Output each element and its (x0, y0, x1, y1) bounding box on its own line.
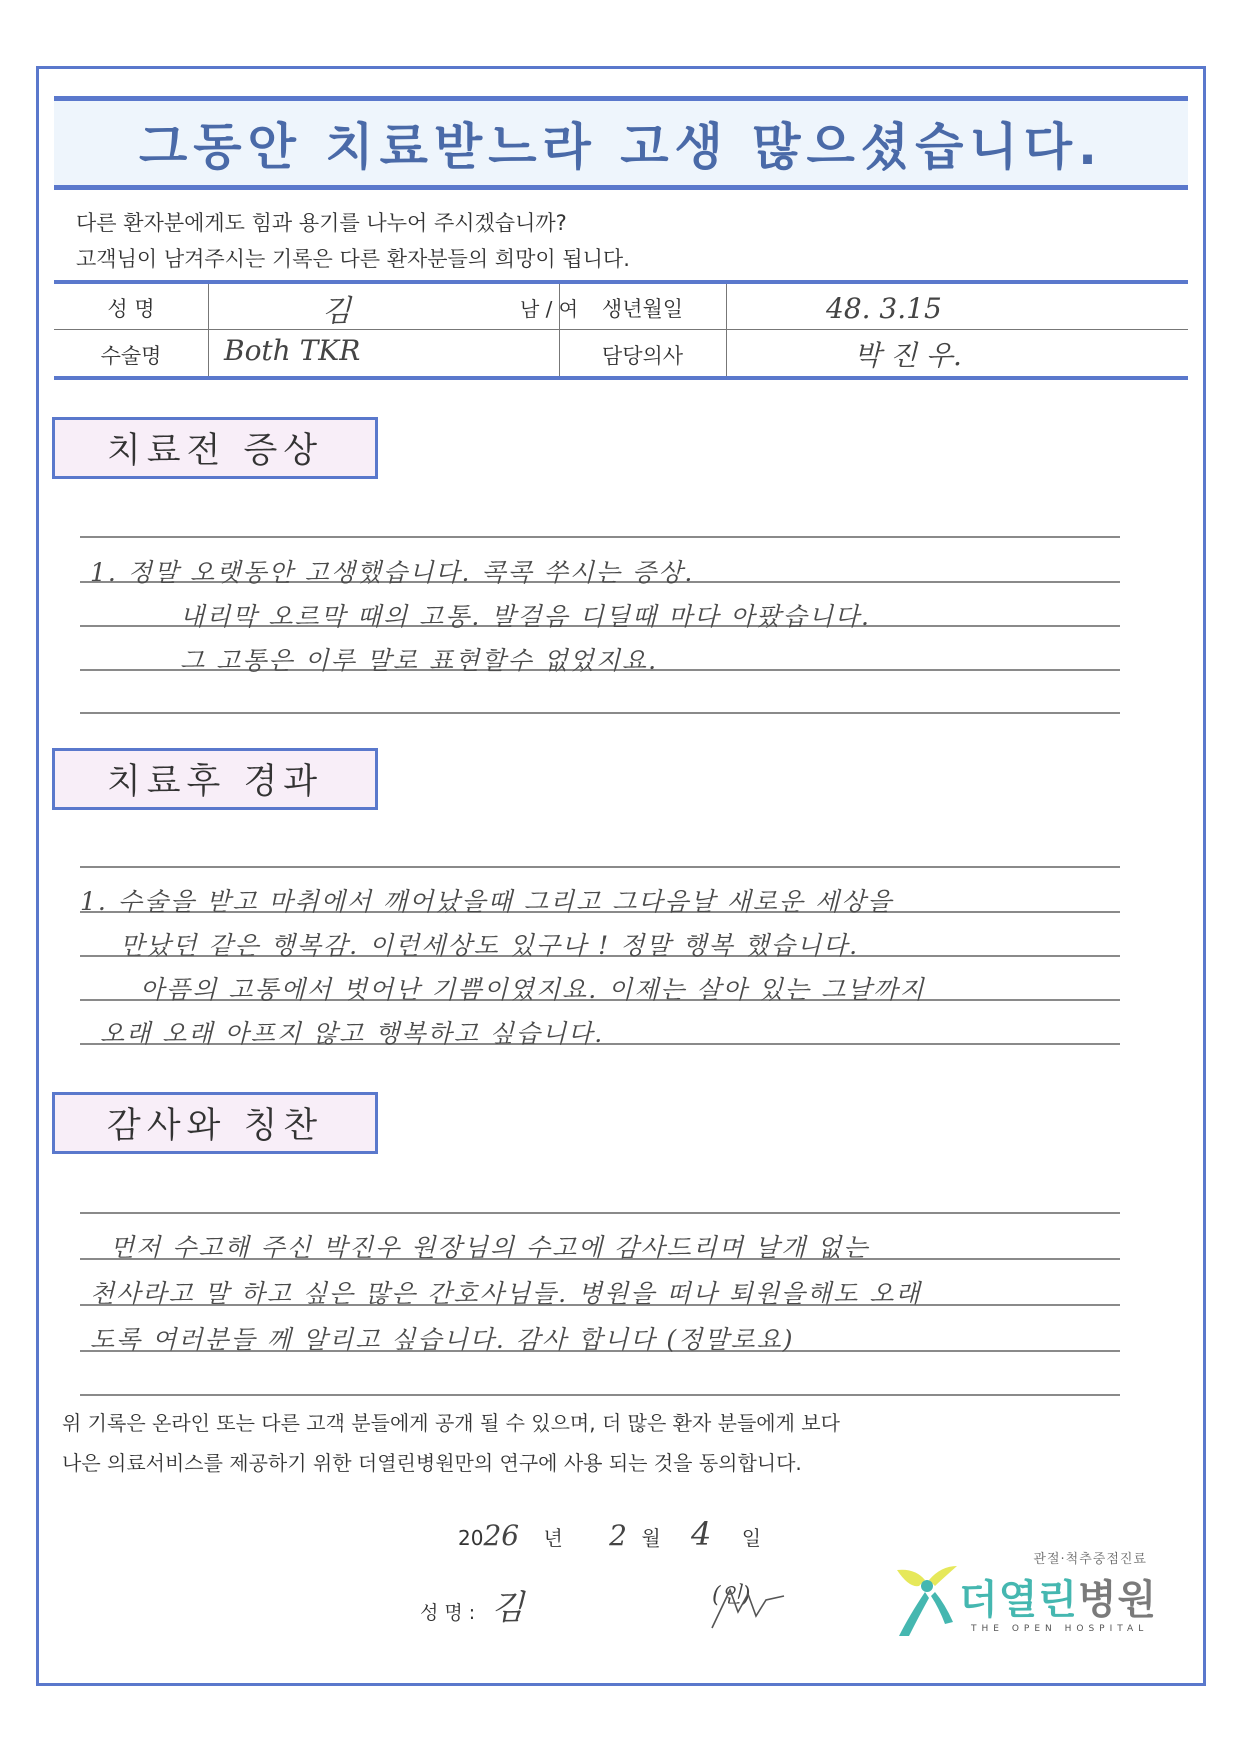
signature-name: 김 (491, 1588, 524, 1628)
signature-scribble-icon (708, 1582, 788, 1632)
logo-subtitle: 관절·척추중점진료 (1033, 1548, 1147, 1567)
handwritten-line: 먼저 수고해 주신 박진우 원장님의 수고에 감사드리며 날개 없는 (110, 1228, 869, 1264)
title-banner: 그동안 치료받느라 고생 많으셨습니다. (54, 96, 1188, 190)
table-col-divider (208, 284, 209, 376)
table-col-divider (726, 284, 727, 376)
section-title: 감사와 칭찬 (107, 1098, 323, 1148)
logo-name-gray: 병원 (1078, 1577, 1157, 1623)
month-value: 2 (609, 1519, 627, 1552)
consent-line-1: 위 기록은 온라인 또는 다른 고객 분들에게 공개 될 수 있으며, 더 많은… (62, 1407, 840, 1436)
month-unit: 월 (641, 1526, 660, 1550)
handwritten-line: 아픔의 고통에서 벗어난 기쁨이였지요. 이제는 살아 있는 그날까지 (140, 970, 926, 1006)
doctor-value: 박 진 우. (854, 334, 962, 374)
surgery-value: Both TKR (224, 334, 360, 367)
section-header-after-treatment: 치료후 경과 (52, 748, 378, 810)
handwritten-line: 도록 여러분들 께 알리고 싶습니다. 감사 합니다 (정말로요) (90, 1320, 795, 1356)
table-divider (54, 329, 1188, 330)
section-title: 치료후 경과 (107, 754, 323, 804)
birth-value: 48. 3.15 (826, 292, 942, 325)
logo-name: 더열린병원 (959, 1568, 1157, 1625)
patient-info-table: 성 명 김 남 / 여 생년월일 48. 3.15 수술명 Both TKR 담… (54, 280, 1188, 380)
ruled-line (80, 866, 1120, 868)
handwritten-line: 천사라고 말 하고 싶은 많은 간호사님들. 병원을 떠나 퇴원을해도 오래 (90, 1274, 922, 1310)
section-header-thanks: 감사와 칭찬 (52, 1092, 378, 1154)
handwritten-line: 1. 정말 오랫동안 고생했습니다. 콕콕 쑤시는 증상. (90, 553, 694, 589)
doctor-label: 담당의사 (559, 340, 726, 370)
surgery-label: 수술명 (54, 340, 208, 370)
date-row: 2026 년 2 월 4 일 (458, 1515, 761, 1553)
ruled-line (80, 536, 1120, 538)
consent-line-2: 나은 의료서비스를 제공하기 위한 더열린병원만의 연구에 사용 되는 것을 동… (62, 1447, 802, 1476)
ruled-line (80, 1394, 1120, 1396)
intro-line-2: 고객님이 남겨주시는 기록은 다른 환자분들의 희망이 됩니다. (76, 243, 630, 273)
handwritten-line: 내리막 오르막 때의 고통. 발걸음 디딜때 마다 아팠습니다. (180, 597, 871, 633)
page-title: 그동안 치료받느라 고생 많으셨습니다. (139, 107, 1103, 179)
signature-label: 성 명 : (420, 1602, 475, 1624)
year-suffix: 26 (483, 1519, 519, 1552)
ruled-line (80, 712, 1120, 714)
ruled-line (80, 1212, 1120, 1214)
year-prefix: 20 (458, 1526, 483, 1550)
handwritten-line: 오래 오래 아프지 않고 행복하고 싶습니다. (100, 1014, 604, 1050)
section-title: 치료전 증상 (107, 423, 323, 473)
section-header-before-treatment: 치료전 증상 (52, 417, 378, 479)
handwritten-line: 1. 수술을 받고 마취에서 깨어났을때 그리고 그다음날 새로운 세상을 (80, 882, 893, 918)
year-unit: 년 (543, 1526, 562, 1550)
intro-line-1: 다른 환자분에게도 힘과 용기를 나누어 주시겠습니까? (76, 207, 567, 237)
hospital-logo: 관절·척추중점진료 더열린병원 THE OPEN HOSPITAL (895, 1548, 1175, 1640)
day-unit: 일 (742, 1526, 761, 1550)
name-label: 성 명 (54, 293, 208, 323)
day-value: 4 (691, 1515, 711, 1553)
handwritten-line: 그 고통은 이루 말로 표현할수 없었지요. (180, 641, 658, 677)
figure-logo-icon (895, 1560, 959, 1640)
signature-row: 성 명 : 김 (420, 1580, 524, 1629)
birth-label: 생년월일 (559, 293, 726, 323)
logo-name-teal: 더열린 (959, 1577, 1078, 1623)
handwritten-line: 만났던 같은 행복감. 이런세상도 있구나 ! 정말 행복 했습니다. (120, 926, 859, 962)
name-value: 김 (322, 286, 351, 330)
logo-english: THE OPEN HOSPITAL (971, 1624, 1148, 1634)
